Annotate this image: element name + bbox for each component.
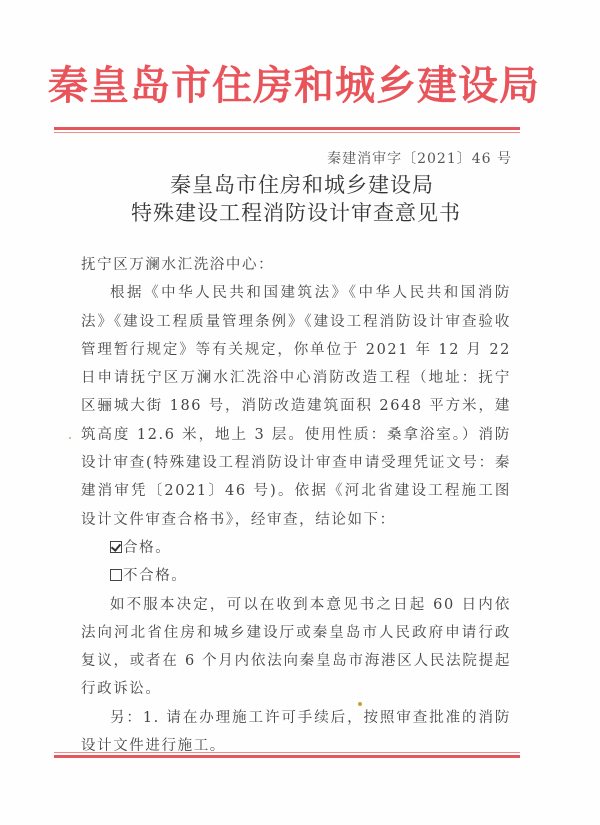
conclusion-options: 合格。 不合格。: [81, 534, 511, 591]
document-number: 秦建消审字〔2021〕46 号: [327, 148, 512, 168]
footer-divider: [54, 752, 520, 758]
scan-speck: [358, 702, 362, 706]
paragraph-appeal: 如不服本决定，可以在收到本意见书之日起 60 日内依法向河北省住房和城乡建设厅或…: [81, 591, 511, 704]
conclusion-option-fail: 不合格。: [81, 562, 511, 590]
checked-checkbox-icon: [110, 541, 122, 553]
document-title-line-2: 特殊建设工程消防设计审查意见书: [0, 199, 596, 227]
addressee: 抚宁区万澜水汇洗浴中心：: [81, 251, 511, 279]
divider-thick-line: [54, 755, 520, 758]
letterhead-title: 秦皇岛市住房和城乡建设局: [48, 62, 528, 110]
conclusion-option-pass: 合格。: [81, 534, 511, 562]
divider-thin-line: [54, 752, 520, 753]
document-page: 秦皇岛市住房和城乡建设局 秦建消审字〔2021〕46 号 秦皇岛市住房和城乡建设…: [0, 0, 600, 825]
document-title-line-1: 秦皇岛市住房和城乡建设局: [2, 171, 600, 199]
option-label: 合格。: [123, 540, 171, 556]
scan-speck: [69, 437, 71, 439]
option-label: 不合格。: [123, 568, 187, 584]
divider-thick-line: [54, 127, 520, 130]
divider-thin-line: [54, 132, 520, 133]
paragraph-basis: 根据《中华人民共和国建筑法》《中华人民共和国消防法》《建设工程质量管理条例》《建…: [81, 279, 511, 534]
letterhead-divider: [54, 127, 520, 133]
document-body: 抚宁区万澜水汇洗浴中心： 根据《中华人民共和国建筑法》《中华人民共和国消防法》《…: [81, 251, 511, 760]
unchecked-checkbox-icon: [110, 569, 122, 581]
